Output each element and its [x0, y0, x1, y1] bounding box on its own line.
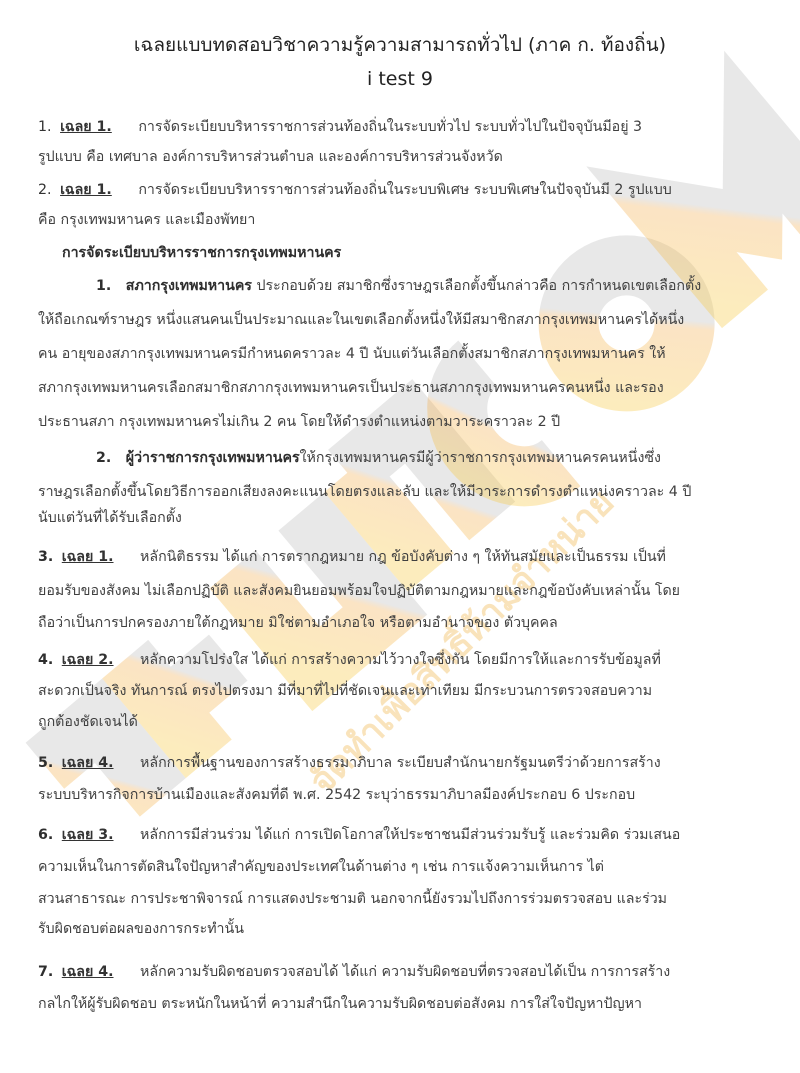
sub1-line-3: คน อายุของสภากรุงเทพมหานครมีกำหนดคราวละ …: [38, 344, 778, 364]
item-number: 4.: [38, 652, 53, 668]
answer-text: หลักความโปร่งใส ได้แก่ การสร้างความไว้วา…: [140, 652, 661, 668]
sub-text: ประกอบด้วย สมาชิกซึ่งราษฎรเลือกตั้งขึ้นก…: [256, 278, 701, 294]
answer-2-line-1: 2. เฉลย 1. การจัดระเบียบบริหารราชการส่วน…: [38, 180, 778, 200]
answer-3-line-2: ยอมรับของสังคม ไม่เลือกปฏิบัติ และสังคมย…: [38, 581, 778, 601]
answer-6-line-1: 6. เฉลย 3. หลักการมีส่วนร่วม ได้แก่ การเ…: [38, 825, 778, 845]
answer-key: เฉลย 1.: [62, 549, 114, 565]
document-title: เฉลยแบบทดสอบวิชาความรู้ความสามารถทั่วไป …: [0, 30, 800, 60]
answer-text: การจัดระเบียบบริหารราชการส่วนท้องถิ่นในร…: [138, 182, 671, 198]
answer-4-line-3: ถูกต้องชัดเจนได้: [38, 712, 778, 732]
answer-3-line-3: ถือว่าเป็นการปกครองภายใต้กฎหมาย มิใช่ตาม…: [38, 613, 778, 633]
sub1-line-4: สภากรุงเทพมหานครเลือกสมาชิกสภากรุงเทพมหา…: [38, 378, 778, 398]
item-number: 5.: [38, 755, 53, 771]
answer-1-line-2: รูปแบบ คือ เทศบาล องค์การบริหารส่วนตำบล …: [38, 147, 778, 167]
item-number: 1.: [38, 119, 52, 135]
answer-6-line-4: รับผิดชอบต่อผลของการกระทำนั้น: [38, 919, 778, 939]
sub2-line-2: ราษฎรเลือกตั้งขึ้นโดยวิธีการออกเสียงลงคะ…: [38, 482, 778, 502]
sub-term: ผู้ว่าราชการกรุงเทพมหานคร: [126, 450, 300, 466]
item-number: 3.: [38, 549, 53, 565]
answer-7-line-2: กลไกให้ผู้รับผิดชอบ ตระหนักในหน้าที่ ควา…: [38, 994, 778, 1014]
answer-text: การจัดระเบียบบริหารราชการส่วนท้องถิ่นในร…: [138, 119, 642, 135]
answer-text: หลักความรับผิดชอบตรวจสอบได้ ได้แก่ ความร…: [140, 964, 670, 980]
answer-4-line-2: สะดวกเป็นจริง ทันการณ์ ตรงไปตรงมา มีที่ม…: [38, 681, 778, 701]
answer-text: หลักนิติธรรม ได้แก่ การตรากฎหมาย กฎ ข้อบ…: [140, 549, 666, 565]
sub-number: 1.: [96, 278, 111, 294]
answer-key: เฉลย 1.: [60, 182, 112, 198]
answer-5-line-1: 5. เฉลย 4. หลักการพื้นฐานของการสร้างธรรม…: [38, 753, 778, 773]
sub1-line-5: ประธานสภา กรุงเทพมหานครไม่เกิน 2 คน โดยใ…: [38, 412, 778, 432]
item-number: 7.: [38, 964, 53, 980]
document-subtitle: i test 9: [0, 68, 800, 90]
answer-key: เฉลย 4.: [62, 755, 114, 771]
item-number: 6.: [38, 827, 53, 843]
sub1-line-2: ให้ถือเกณฑ์ราษฎร หนึ่งแสนคนเป็นประมาณและ…: [38, 310, 778, 330]
answer-text: หลักการพื้นฐานของการสร้างธรรมาภิบาล ระเบ…: [140, 755, 661, 771]
answer-6-line-2: ความเห็นในการตัดสินใจปัญหาสำคัญของประเทศ…: [38, 857, 778, 877]
sub2-line-3: นับแต่วันที่ได้รับเลือกตั้ง: [38, 508, 778, 528]
answer-key: เฉลย 2.: [62, 652, 114, 668]
answer-3-line-1: 3. เฉลย 1. หลักนิติธรรม ได้แก่ การตรากฎห…: [38, 547, 778, 567]
answer-1-line-1: 1. เฉลย 1. การจัดระเบียบบริหารราชการส่วน…: [38, 117, 778, 137]
answer-2-line-2: คือ กรุงเทพมหานคร และเมืองพัทยา: [38, 210, 778, 230]
sub2-line-1: 2. ผู้ว่าราชการกรุงเทพมหานครให้กรุงเทพมห…: [96, 448, 778, 468]
item-number: 2.: [38, 182, 52, 198]
answer-key: เฉลย 4.: [62, 964, 114, 980]
answer-5-line-2: ระบบบริหารกิจการบ้านเมืองและสังคมที่ดี พ…: [38, 785, 778, 805]
answer-text: หลักการมีส่วนร่วม ได้แก่ การเปิดโอกาสให้…: [140, 827, 680, 843]
sub-term: สภากรุงเทพมหานคร: [126, 278, 252, 294]
answer-key: เฉลย 3.: [62, 827, 114, 843]
answer-6-line-3: สวนสาธารณะ การประชาพิจารณ์ การแสดงประชาม…: [38, 889, 778, 909]
sub1-line-1: 1. สภากรุงเทพมหานคร ประกอบด้วย สมาชิกซึ่…: [96, 276, 778, 296]
sub-number: 2.: [96, 450, 111, 466]
answer-7-line-1: 7. เฉลย 4. หลักความรับผิดชอบตรวจสอบได้ ไ…: [38, 962, 778, 982]
sub-text: ให้กรุงเทพมหานครมีผู้ว่าราชการกรุงเทพมหา…: [300, 450, 661, 466]
answer-4-line-1: 4. เฉลย 2. หลักความโปร่งใส ได้แก่ การสร้…: [38, 650, 778, 670]
answer-key: เฉลย 1.: [60, 119, 112, 135]
section-heading: การจัดระเบียบบริหารราชการกรุงเทพมหานคร: [62, 243, 800, 263]
